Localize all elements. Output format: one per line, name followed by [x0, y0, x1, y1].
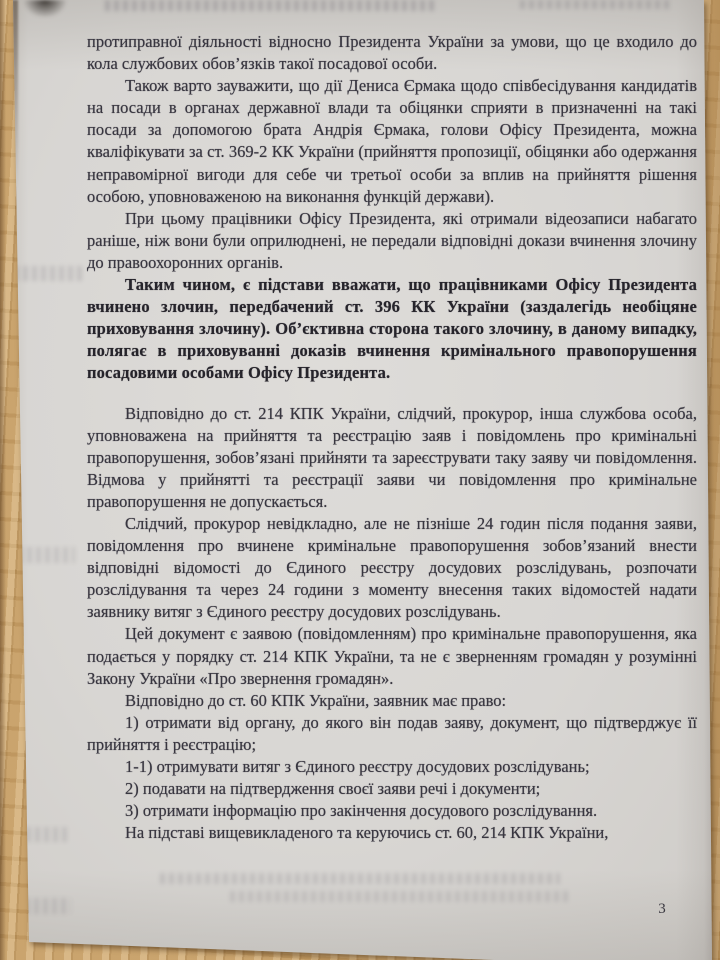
paragraph: 2) подавати на підтвердження своєї заяви…: [87, 778, 697, 800]
photo-of-legal-document: протиправної діяльності відносно Президе…: [0, 0, 720, 960]
paragraph: При цьому працівники Офісу Президента, я…: [87, 208, 697, 274]
document-page-wrapper: протиправної діяльності відносно Президе…: [0, 0, 720, 960]
bleed-through-artifact: [14, 266, 82, 281]
page-corner-shadow: [24, 0, 66, 17]
document-page: протиправної діяльності відносно Президе…: [0, 0, 720, 960]
paragraph: Також варто зауважити, що дії Дениса Єрм…: [87, 75, 697, 208]
bleed-through-artifact: [160, 873, 560, 884]
bleed-through-artifact: [8, 827, 68, 842]
paragraph: 1) отримати від органу, до якого він под…: [87, 712, 697, 756]
bleed-through-artifact: [0, 547, 75, 563]
paragraph: Відповідно до ст. 60 КПК України, заявни…: [87, 690, 697, 712]
bleed-through-artifact: [105, 0, 435, 11]
bleed-through-artifact: [520, 0, 670, 9]
paragraph: Цей документ є заявою (повідомленням) пр…: [87, 623, 697, 689]
bleed-through-artifact: [16, 898, 71, 914]
paragraph: Таким чином, є підстави вважати, що прац…: [87, 274, 697, 384]
paragraph: 1-1) отримувати витяг з Єдиного реєстру …: [87, 756, 697, 778]
page-edge-shadow: [12, 0, 18, 190]
paragraph: Слідчий, прокурор невідкладно, але не пі…: [87, 513, 697, 623]
paragraph: Відповідно до ст. 214 КПК України, слідч…: [87, 403, 697, 513]
paragraph: На підставі вищевикладеного та керуючись…: [87, 822, 697, 844]
paragraph: протиправної діяльності відносно Президе…: [87, 31, 697, 75]
bleed-through-artifact: [230, 891, 570, 902]
page-number: 3: [650, 901, 674, 918]
paragraph: 3) отримати інформацію про закінчення до…: [87, 800, 697, 822]
document-text: протиправної діяльності відносно Президе…: [87, 31, 697, 844]
